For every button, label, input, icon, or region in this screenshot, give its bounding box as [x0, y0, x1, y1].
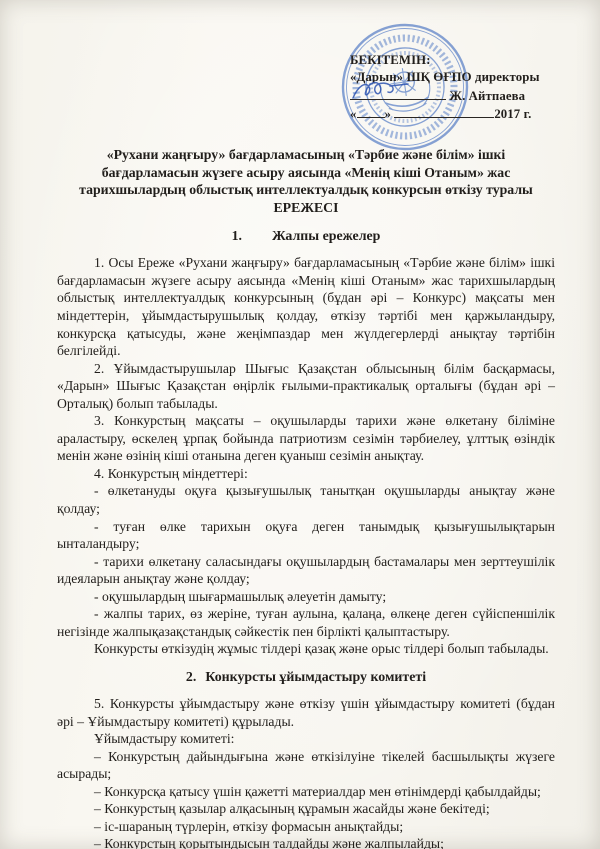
section-2-heading: 2.Конкурсты ұйымдастыру комитеті: [57, 670, 555, 686]
paragraph-1: 1. Осы Ереже «Рухани жаңғыру» бағдарлама…: [57, 254, 555, 359]
date-day-underline: [357, 104, 385, 118]
task-item: - жалпы тарих, өз жеріне, туған аулына, …: [57, 605, 555, 640]
paragraph-4: 4. Конкурстың міндеттері:: [57, 465, 555, 483]
document-content: «Рухани жаңғыру» бағдарламасының «Тәрбие…: [57, 146, 555, 849]
section-1-body: 1. Осы Ереже «Рухани жаңғыру» бағдарлама…: [57, 254, 555, 658]
date-close-quote: »: [385, 107, 392, 121]
duty-item: – Конкурстың қазылар алқасының құрамын ж…: [57, 800, 555, 818]
approve-label: БЕКІТЕМІН:: [350, 52, 586, 69]
signatory-name: Ж. Айтпаева: [449, 89, 525, 103]
date-year: 2017 г.: [494, 107, 531, 121]
section-2-title: Конкурсты ұйымдастыру комитеті: [205, 670, 426, 685]
paragraph-3: 3. Конкурстың мақсаты – оқушыларды тарих…: [57, 412, 555, 465]
paragraph-2: 2. Ұйымдастырушылар Шығыс Қазақстан облы…: [57, 360, 555, 413]
task-item: - туған өлке тарихын оқуға деген танымды…: [57, 518, 555, 553]
duty-item: – Конкурстың дайындығына және өткізілуін…: [57, 748, 555, 783]
languages-line: Конкурсты өткізудің жұмыс тілдері қазақ …: [57, 640, 555, 658]
section-1-number: 1.: [232, 229, 242, 244]
task-item: - өлкетануды оқуға қызығушылық танытқан …: [57, 482, 555, 517]
section-2-body: 5. Конкурсты ұйымдастыру және өткізу үші…: [57, 695, 555, 849]
committee-intro: Ұйымдастыру комитеті:: [57, 730, 555, 748]
date-month-underline: [394, 104, 494, 118]
approval-block: БЕКІТЕМІН: «Дарын» ШҚ ӨҒПО директоры Ж. …: [350, 52, 586, 123]
duty-item: – Конкурстың қорытындысын талдайды және …: [57, 835, 555, 849]
signature-mark: [350, 78, 420, 104]
task-item: - оқушылардың шығармашылық әлеуетін дамы…: [57, 588, 555, 606]
document-title: «Рухани жаңғыру» бағдарламасының «Тәрбие…: [57, 146, 555, 199]
duty-item: – іс-шараның түрлерін, өткізу формасын а…: [57, 818, 555, 836]
scanned-document-page: БЕКІТЕМІН: «Дарын» ШҚ ӨҒПО директоры Ж. …: [0, 0, 600, 849]
task-item: - тарихи өлкетану саласындағы оқушыларды…: [57, 553, 555, 588]
date-line: «» 2017 г.: [350, 104, 586, 123]
section-2-number: 2.: [186, 670, 196, 685]
signature-line: Ж. Айтпаева: [350, 86, 586, 105]
section-1-title: Жалпы ережелер: [272, 229, 380, 244]
document-type-label: ЕРЕЖЕСІ: [57, 199, 555, 217]
section-1-heading: 1.Жалпы ережелер: [57, 229, 555, 245]
paragraph-5: 5. Конкурсты ұйымдастыру және өткізу үші…: [57, 695, 555, 730]
duty-item: – Конкурсқа қатысу үшін қажетті материал…: [57, 783, 555, 801]
